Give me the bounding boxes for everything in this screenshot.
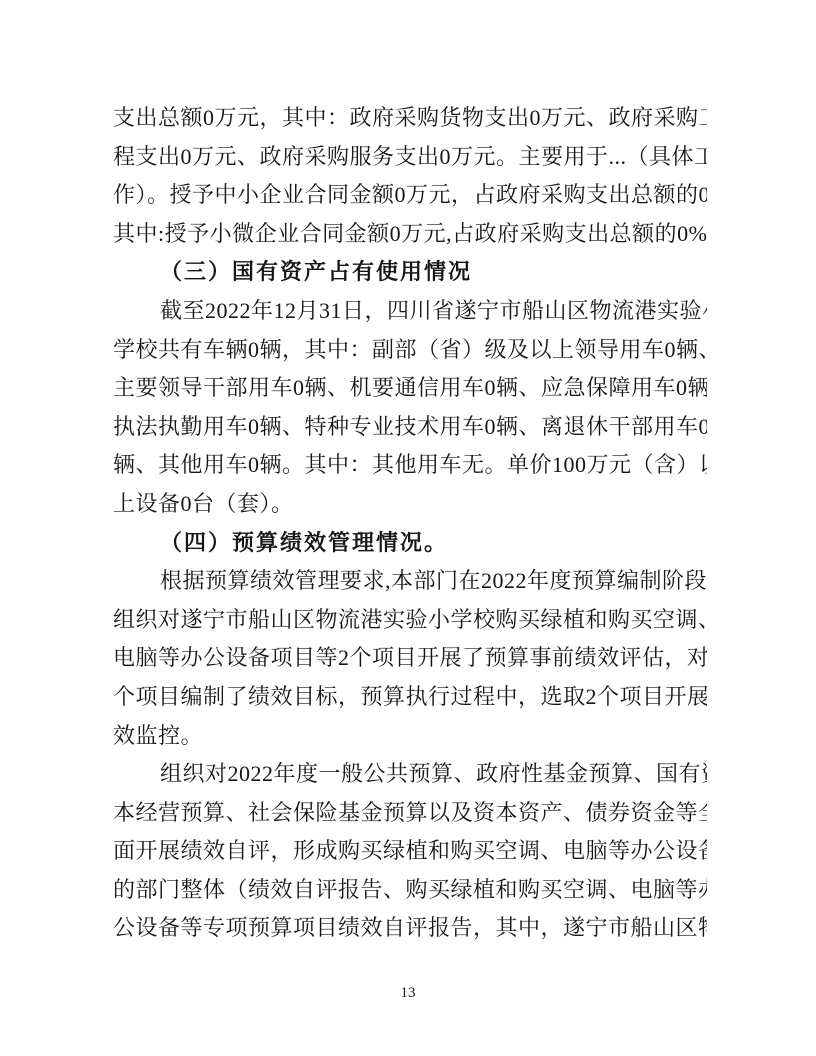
section-heading-three: （三）国有资产占有使用情况 [113, 253, 707, 292]
text-line: 主要领导干部用车0辆、机要通信用车0辆、应急保障用车0辆、 [113, 369, 707, 408]
text-line: 个项目编制了绩效目标，预算执行过程中，选取2个项目开展绩 [113, 678, 707, 717]
text-line: 其中:授予小微企业合同金额0万元,占政府采购支出总额的0%。 [113, 215, 707, 254]
text-line: 的部门整体（绩效自评报告、购买绿植和购买空调、电脑等办 [113, 871, 707, 910]
text-line: 程支出0万元、政府采购服务支出0万元。主要用于...（具体工 [113, 138, 707, 177]
text-line: 学校共有车辆0辆，其中：副部（省）级及以上领导用车0辆、 [113, 331, 707, 370]
text-line: 电脑等办公设备项目等2个项目开展了预算事前绩效评估，对2 [113, 639, 707, 678]
text-line: 作）。授予中小企业合同金额0万元，占政府采购支出总额的0%， [113, 176, 707, 215]
text-line: 执法执勤用车0辆、特种专业技术用车0辆、离退休干部用车0 [113, 408, 707, 447]
text-line: 上设备0台（套）。 [113, 485, 707, 524]
document-page: 支出总额0万元，其中：政府采购货物支出0万元、政府采购工 程支出0万元、政府采购… [0, 0, 816, 1056]
text-line: 本经营预算、社会保险基金预算以及资本资产、债券资金等全 [113, 794, 707, 833]
text-line: 截至2022年12月31日，四川省遂宁市船山区物流港实验小 [113, 292, 707, 331]
page-number: 13 [0, 983, 816, 1003]
text-line: 支出总额0万元，其中：政府采购货物支出0万元、政府采购工 [113, 99, 707, 138]
text-line: 根据预算绩效管理要求,本部门在2022年度预算编制阶段， [113, 562, 707, 601]
section-heading-four: （四）预算绩效管理情况。 [113, 524, 707, 563]
text-line: 效监控。 [113, 717, 707, 756]
document-body: 支出总额0万元，其中：政府采购货物支出0万元、政府采购工 程支出0万元、政府采购… [113, 99, 707, 948]
text-line: 面开展绩效自评，形成购买绿植和购买空调、电脑等办公设备 [113, 832, 707, 871]
text-line: 组织对遂宁市船山区物流港实验小学校购买绿植和购买空调、 [113, 601, 707, 640]
text-line: 公设备等专项预算项目绩效自评报告，其中，遂宁市船山区物 [113, 909, 707, 948]
text-line: 辆、其他用车0辆。其中：其他用车无。单价100万元（含）以 [113, 446, 707, 485]
text-line: 组织对2022年度一般公共预算、政府性基金预算、国有资 [113, 755, 707, 794]
